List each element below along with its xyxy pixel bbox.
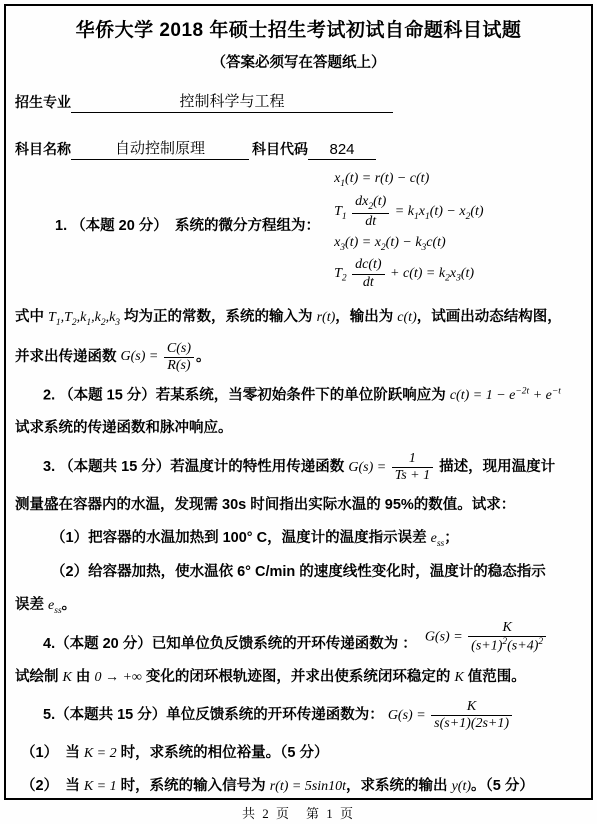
text-run: 。 bbox=[62, 597, 77, 613]
major-value: 控制科学与工程 bbox=[71, 90, 393, 113]
question-4-line-1: 4.（本题 20 分）已知单位负反馈系统的开环传递函数为 ： bbox=[15, 634, 417, 656]
question-1: 1. （本题 20 分） 系统的微分方程组为： x1(t) = r(t) − c… bbox=[15, 164, 582, 296]
text-run: ，试画出动态结构图， bbox=[417, 309, 562, 325]
subject-field-row: 科目名称 自动控制原理 科目代码 824 bbox=[15, 137, 582, 160]
major-field-row: 招生专业 控制科学与工程 bbox=[15, 90, 582, 113]
question-1-intro: 1. （本题 20 分） 系统的微分方程组为： bbox=[55, 214, 320, 296]
text-run: 1. （本题 20 分） 系统的微分方程组为： bbox=[55, 218, 320, 234]
text-run: 。（5 分） bbox=[471, 778, 534, 794]
text-run: 试求系统的传递函数和脉冲响应。 bbox=[15, 420, 233, 436]
text-run: 值范围。 bbox=[464, 669, 526, 685]
text-run: 变化的闭环根轨迹图，并求出使系统闭环稳定的 bbox=[142, 669, 455, 685]
major-label: 招生专业 bbox=[15, 92, 71, 113]
text-run: 由 bbox=[72, 669, 95, 685]
math-run: G(s) = 1Ts + 1 bbox=[348, 460, 435, 475]
math-run: G(s) = C(s)R(s) bbox=[121, 349, 196, 364]
text-run: 时，求系统的相位裕量。（5 分） bbox=[117, 745, 329, 761]
subject-code-label: 科目代码 bbox=[252, 139, 308, 160]
math-run: ess bbox=[48, 598, 62, 613]
text-run: 时，系统的输入信号为 bbox=[117, 778, 270, 794]
equation-t2-dc: T2 dc(t)dt + c(t) = k2x3(t) bbox=[334, 257, 483, 290]
question-4: 4.（本题 20 分）已知单位负反馈系统的开环传递函数为 ： G(s) = K(… bbox=[15, 634, 582, 656]
math-run: K = 2 bbox=[84, 746, 117, 761]
math-run: y(t) bbox=[452, 779, 471, 794]
math-run: K = 1 bbox=[84, 779, 117, 794]
math-run: c(t) = 1 − e−2t + e−t bbox=[450, 388, 561, 403]
text-run: 试绘制 bbox=[15, 669, 63, 685]
text-run: 2. （本题 15 分）若某系统，当零初始条件下的单位阶跃响应为 bbox=[43, 387, 450, 403]
math-run: 0 → +∞ bbox=[94, 670, 141, 685]
question-4-formula: G(s) = K(s+1)2(s+4)2 bbox=[425, 620, 548, 655]
page-border-frame: 华侨大学 2018 年硕士招生考试初试自命题科目试题 （答案必须写在答题纸上） … bbox=[4, 4, 593, 800]
text-run: 5.（本题共 15 分）单位反馈系统的开环传递函数为： bbox=[43, 707, 388, 723]
text-run: 4.（本题 20 分）已知单位负反馈系统的开环传递函数为 ： bbox=[43, 636, 417, 652]
question-1-note-line-2: 并求出传递函数 G(s) = C(s)R(s)。 bbox=[15, 341, 582, 374]
subject-name-label: 科目名称 bbox=[15, 139, 71, 160]
text-run: 描述，现用温度计 bbox=[435, 459, 555, 475]
question-5-item-2: （2） 当 K = 1 时，系统的输入信号为 r(t) = 5sin10t，求系… bbox=[15, 776, 582, 798]
math-run: r(t) bbox=[317, 310, 336, 325]
text-run: 3. （本题共 15 分）若温度计的特性用传递函数 bbox=[43, 459, 348, 475]
text-run: 测量盛在容器内的水温，发现需 30s 时间指出实际水温的 95%的数值。试求： bbox=[15, 497, 515, 513]
text-run: ，输出为 bbox=[335, 309, 397, 325]
question-2-line-2: 试求系统的传递函数和脉冲响应。 bbox=[15, 418, 582, 440]
text-run: 。 bbox=[196, 348, 211, 364]
math-run: G(s) = Ks(s+1)(2s+1) bbox=[388, 708, 514, 723]
exam-paper-page: 华侨大学 2018 年硕士招生考试初试自命题科目试题 （答案必须写在答题纸上） … bbox=[0, 0, 597, 824]
text-run: （1） 当 bbox=[21, 745, 84, 761]
text-run: 均为正的常数，系统的输入为 bbox=[120, 309, 317, 325]
equation-t1-dx2: T1 dx2(t)dt = k1x1(t) − x2(t) bbox=[334, 194, 483, 230]
text-run: 式中 bbox=[15, 309, 48, 325]
question-2-line-1: 2. （本题 15 分）若某系统，当零初始条件下的单位阶跃响应为 c(t) = … bbox=[15, 385, 582, 407]
question-3-line-2: 测量盛在容器内的水温，发现需 30s 时间指出实际水温的 95%的数值。试求： bbox=[15, 495, 582, 517]
math-run: K bbox=[63, 670, 72, 685]
question-5-item-1: （1） 当 K = 2 时，求系统的相位裕量。（5 分） bbox=[15, 743, 582, 765]
math-run: K bbox=[454, 670, 463, 685]
page-footer: 共 2 页 第 1 页 bbox=[0, 803, 597, 822]
exam-subtitle: （答案必须写在答题纸上） bbox=[15, 51, 582, 72]
equation-x1: x1(t) = r(t) − c(t) bbox=[334, 171, 483, 189]
question-4-line-2: 试绘制 K 由 0 → +∞ 变化的闭环根轨迹图，并求出使系统闭环稳定的 K 值… bbox=[15, 667, 582, 689]
text-run: （1）把容器的水温加热到 100° C，温度计的温度指示误差 bbox=[51, 530, 431, 546]
text-run: ； bbox=[444, 530, 459, 546]
equation-x3: x3(t) = x2(t) − k3c(t) bbox=[334, 235, 483, 253]
question-3-item-2: （2）给容器加热，使水温依 6° C/min 的速度线性变化时，温度计的稳态指示 bbox=[15, 562, 582, 584]
question-3-line-1: 3. （本题共 15 分）若温度计的特性用传递函数 G(s) = 1Ts + 1… bbox=[15, 451, 582, 484]
subject-name-value: 自动控制原理 bbox=[71, 137, 249, 160]
math-run: ess bbox=[431, 531, 445, 546]
text-run: 误差 bbox=[15, 597, 48, 613]
text-run: （2）给容器加热，使水温依 6° C/min 的速度线性变化时，温度计的稳态指示 bbox=[51, 564, 546, 580]
text-run: （2） 当 bbox=[21, 778, 84, 794]
math-run: T1,T2,k1,k2,k3 bbox=[48, 310, 120, 325]
question-3-item-1: （1）把容器的水温加热到 100° C，温度计的温度指示误差 ess； bbox=[15, 528, 582, 551]
math-run: r(t) = 5sin10t bbox=[270, 779, 346, 794]
question-1-equation-group: x1(t) = r(t) − c(t) T1 dx2(t)dt = k1x1(t… bbox=[334, 166, 483, 296]
text-run: ，求系统的输出 bbox=[346, 778, 452, 794]
question-3-item-2-continued: 误差 ess。 bbox=[15, 595, 582, 618]
text-run: 并求出传递函数 bbox=[15, 348, 121, 364]
math-run: c(t) bbox=[397, 310, 416, 325]
question-1-note-line-1: 式中 T1,T2,k1,k2,k3 均为正的常数，系统的输入为 r(t)，输出为… bbox=[15, 307, 582, 330]
subject-code-value: 824 bbox=[308, 141, 376, 160]
exam-title: 华侨大学 2018 年硕士招生考试初试自命题科目试题 bbox=[15, 15, 582, 42]
question-5-line-1: 5.（本题共 15 分）单位反馈系统的开环传递函数为： G(s) = Ks(s+… bbox=[15, 699, 582, 732]
